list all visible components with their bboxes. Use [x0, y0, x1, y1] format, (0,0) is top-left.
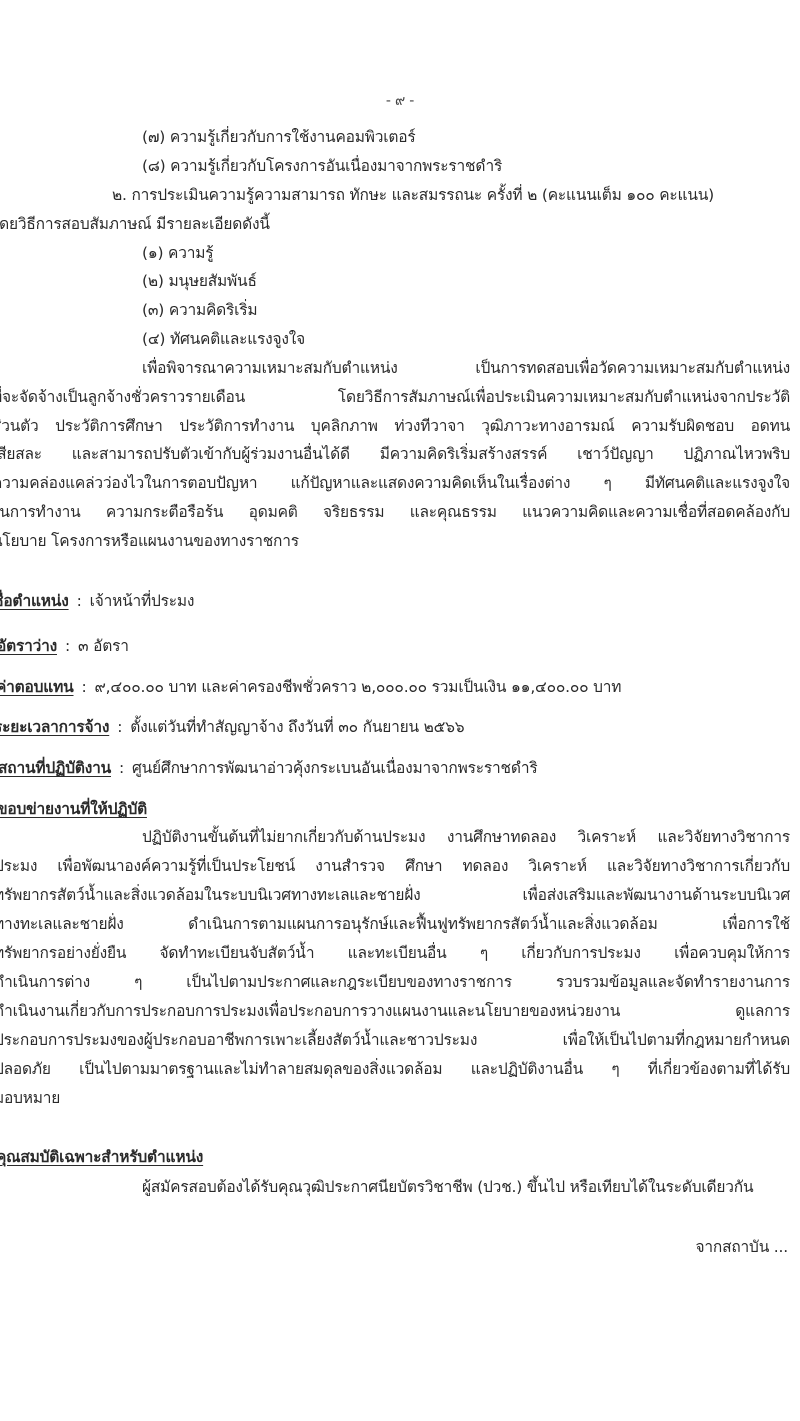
compensation-label: ค่าตอบแทน [0, 678, 74, 696]
position-title-label: ชื่อตำแหน่ง [0, 592, 69, 610]
qualifications-text: ผู้สมัครสอบต้องได้รับคุณวุฒิประกาศนียบัต… [142, 1176, 753, 1198]
compensation-value: ๙,๔๐๐.๐๐ บาท และค่าครองชีพชั่วคราว ๒,๐๐๐… [95, 678, 622, 696]
vacancies-row: อัตราว่าง:๓ อัตรา [0, 635, 129, 657]
assessment-paragraph-line: ความคล่องแคล่วว่องไวในการตอบปัญหา แก้ปัญ… [0, 472, 790, 494]
scope-paragraph-line: ปฏิบัติงานขั้นต้นที่ไม่ยากเกี่ยวกับด้านป… [142, 826, 790, 848]
scope-paragraph-line: ประมง เพื่อพัฒนาองค์ความรู้ที่เป็นประโยช… [0, 855, 790, 877]
vacancies-label: อัตราว่าง [0, 637, 57, 655]
assessment-paragraph-line: เสียสละ และสามารถปรับตัวเข้ากับผู้ร่วมงา… [0, 443, 790, 465]
section-2-method: โดยวิธีการสอบสัมภาษณ์ มีรายละเอียดดังนี้ [0, 213, 270, 235]
separator: : [117, 718, 122, 736]
separator: : [77, 592, 82, 610]
assessment-paragraph-line: เพื่อพิจารณาความเหมาะสมกับตำแหน่ง เป็นกา… [142, 357, 790, 379]
scope-paragraph-line: ทรัพยากรสัตว์น้ำและสิ่งแวดล้อมในระบบนิเว… [0, 884, 790, 906]
work-location-row: สถานที่ปฏิบัติงาน:ศูนย์ศึกษาการพัฒนาอ่าว… [0, 757, 538, 779]
assessment-paragraph-line: ที่จะจัดจ้างเป็นลูกจ้างชั่วคราวรายเดือน … [0, 386, 790, 408]
criteria-item: (๒) มนุษยสัมพันธ์ [142, 270, 257, 292]
scope-paragraph-line: ดำเนินงานเกี่ยวกับการประกอบการประมงเพื่อ… [0, 1000, 790, 1022]
continuation-text: จากสถาบัน ... [696, 1236, 788, 1258]
compensation-row: ค่าตอบแทน:๙,๔๐๐.๐๐ บาท และค่าครองชีพชั่ว… [0, 676, 621, 698]
scope-paragraph-line: ปลอดภัย เป็นไปตามมาตรฐานและไม่ทำลายสมดุล… [0, 1058, 790, 1080]
evaluation-item: (๗) ความรู้เกี่ยวกับการใช้งานคอมพิวเตอร์ [142, 126, 415, 148]
criteria-item: (๓) ความคิดริเริ่ม [142, 299, 257, 321]
vacancies-value: ๓ อัตรา [78, 637, 129, 655]
work-location-label: สถานที่ปฏิบัติงาน [0, 759, 111, 777]
assessment-paragraph-line: ส่วนตัว ประวัติการศึกษา ประวัติการทำงาน … [0, 415, 790, 437]
position-title-value: เจ้าหน้าที่ประมง [90, 592, 195, 610]
employment-period-row: ระยะเวลาการจ้าง:ตั้งแต่วันที่ทำสัญญาจ้าง… [0, 716, 464, 738]
scope-paragraph-line: มอบหมาย [0, 1087, 60, 1109]
scope-paragraph-line: ทางทะเลและชายฝั่ง ดำเนินการตามแผนการอนุร… [0, 913, 790, 935]
assessment-paragraph-line: นโยบาย โครงการหรือแผนงานของทางราชการ [0, 530, 299, 552]
qualifications-heading: คุณสมบัติเฉพาะสำหรับตำแหน่ง [0, 1146, 203, 1168]
evaluation-item: (๘) ความรู้เกี่ยวกับโครงการอันเนื่องมาจา… [142, 155, 502, 177]
employment-period-value: ตั้งแต่วันที่ทำสัญญาจ้าง ถึงวันที่ ๓๐ กั… [130, 718, 464, 736]
scope-paragraph-line: ประกอบการประมงของผู้ประกอบอาชีพการเพาะเล… [0, 1029, 790, 1051]
separator: : [65, 637, 70, 655]
page-number: - ๙ - [0, 90, 800, 112]
scope-heading: ขอบข่ายงานที่ให้ปฏิบัติ [0, 798, 147, 820]
work-location-value: ศูนย์ศึกษาการพัฒนาอ่าวคุ้งกระเบนอันเนื่อ… [132, 759, 538, 777]
criteria-item: (๑) ความรู้ [142, 242, 213, 264]
employment-period-label: ระยะเวลาการจ้าง [0, 718, 109, 736]
position-title-row: ชื่อตำแหน่ง:เจ้าหน้าที่ประมง [0, 590, 194, 612]
document-page: - ๙ - (๗) ความรู้เกี่ยวกับการใช้งานคอมพิ… [0, 0, 800, 1421]
section-2-heading: ๒. การประเมินความรู้ความสามารถ ทักษะ และ… [112, 184, 788, 206]
scope-paragraph-line: ทรัพยากรอย่างยั่งยืน จัดทำทะเบียนจับสัตว… [0, 942, 790, 964]
separator: : [82, 678, 87, 696]
assessment-paragraph-line: ในการทำงาน ความกระตือรือร้น อุดมคติ จริย… [0, 501, 790, 523]
separator: : [119, 759, 124, 777]
scope-paragraph-line: ดำเนินการต่าง ๆ เป็นไปตามประกาศและกฎระเบ… [0, 971, 790, 993]
criteria-item: (๔) ทัศนคติและแรงจูงใจ [142, 328, 305, 350]
